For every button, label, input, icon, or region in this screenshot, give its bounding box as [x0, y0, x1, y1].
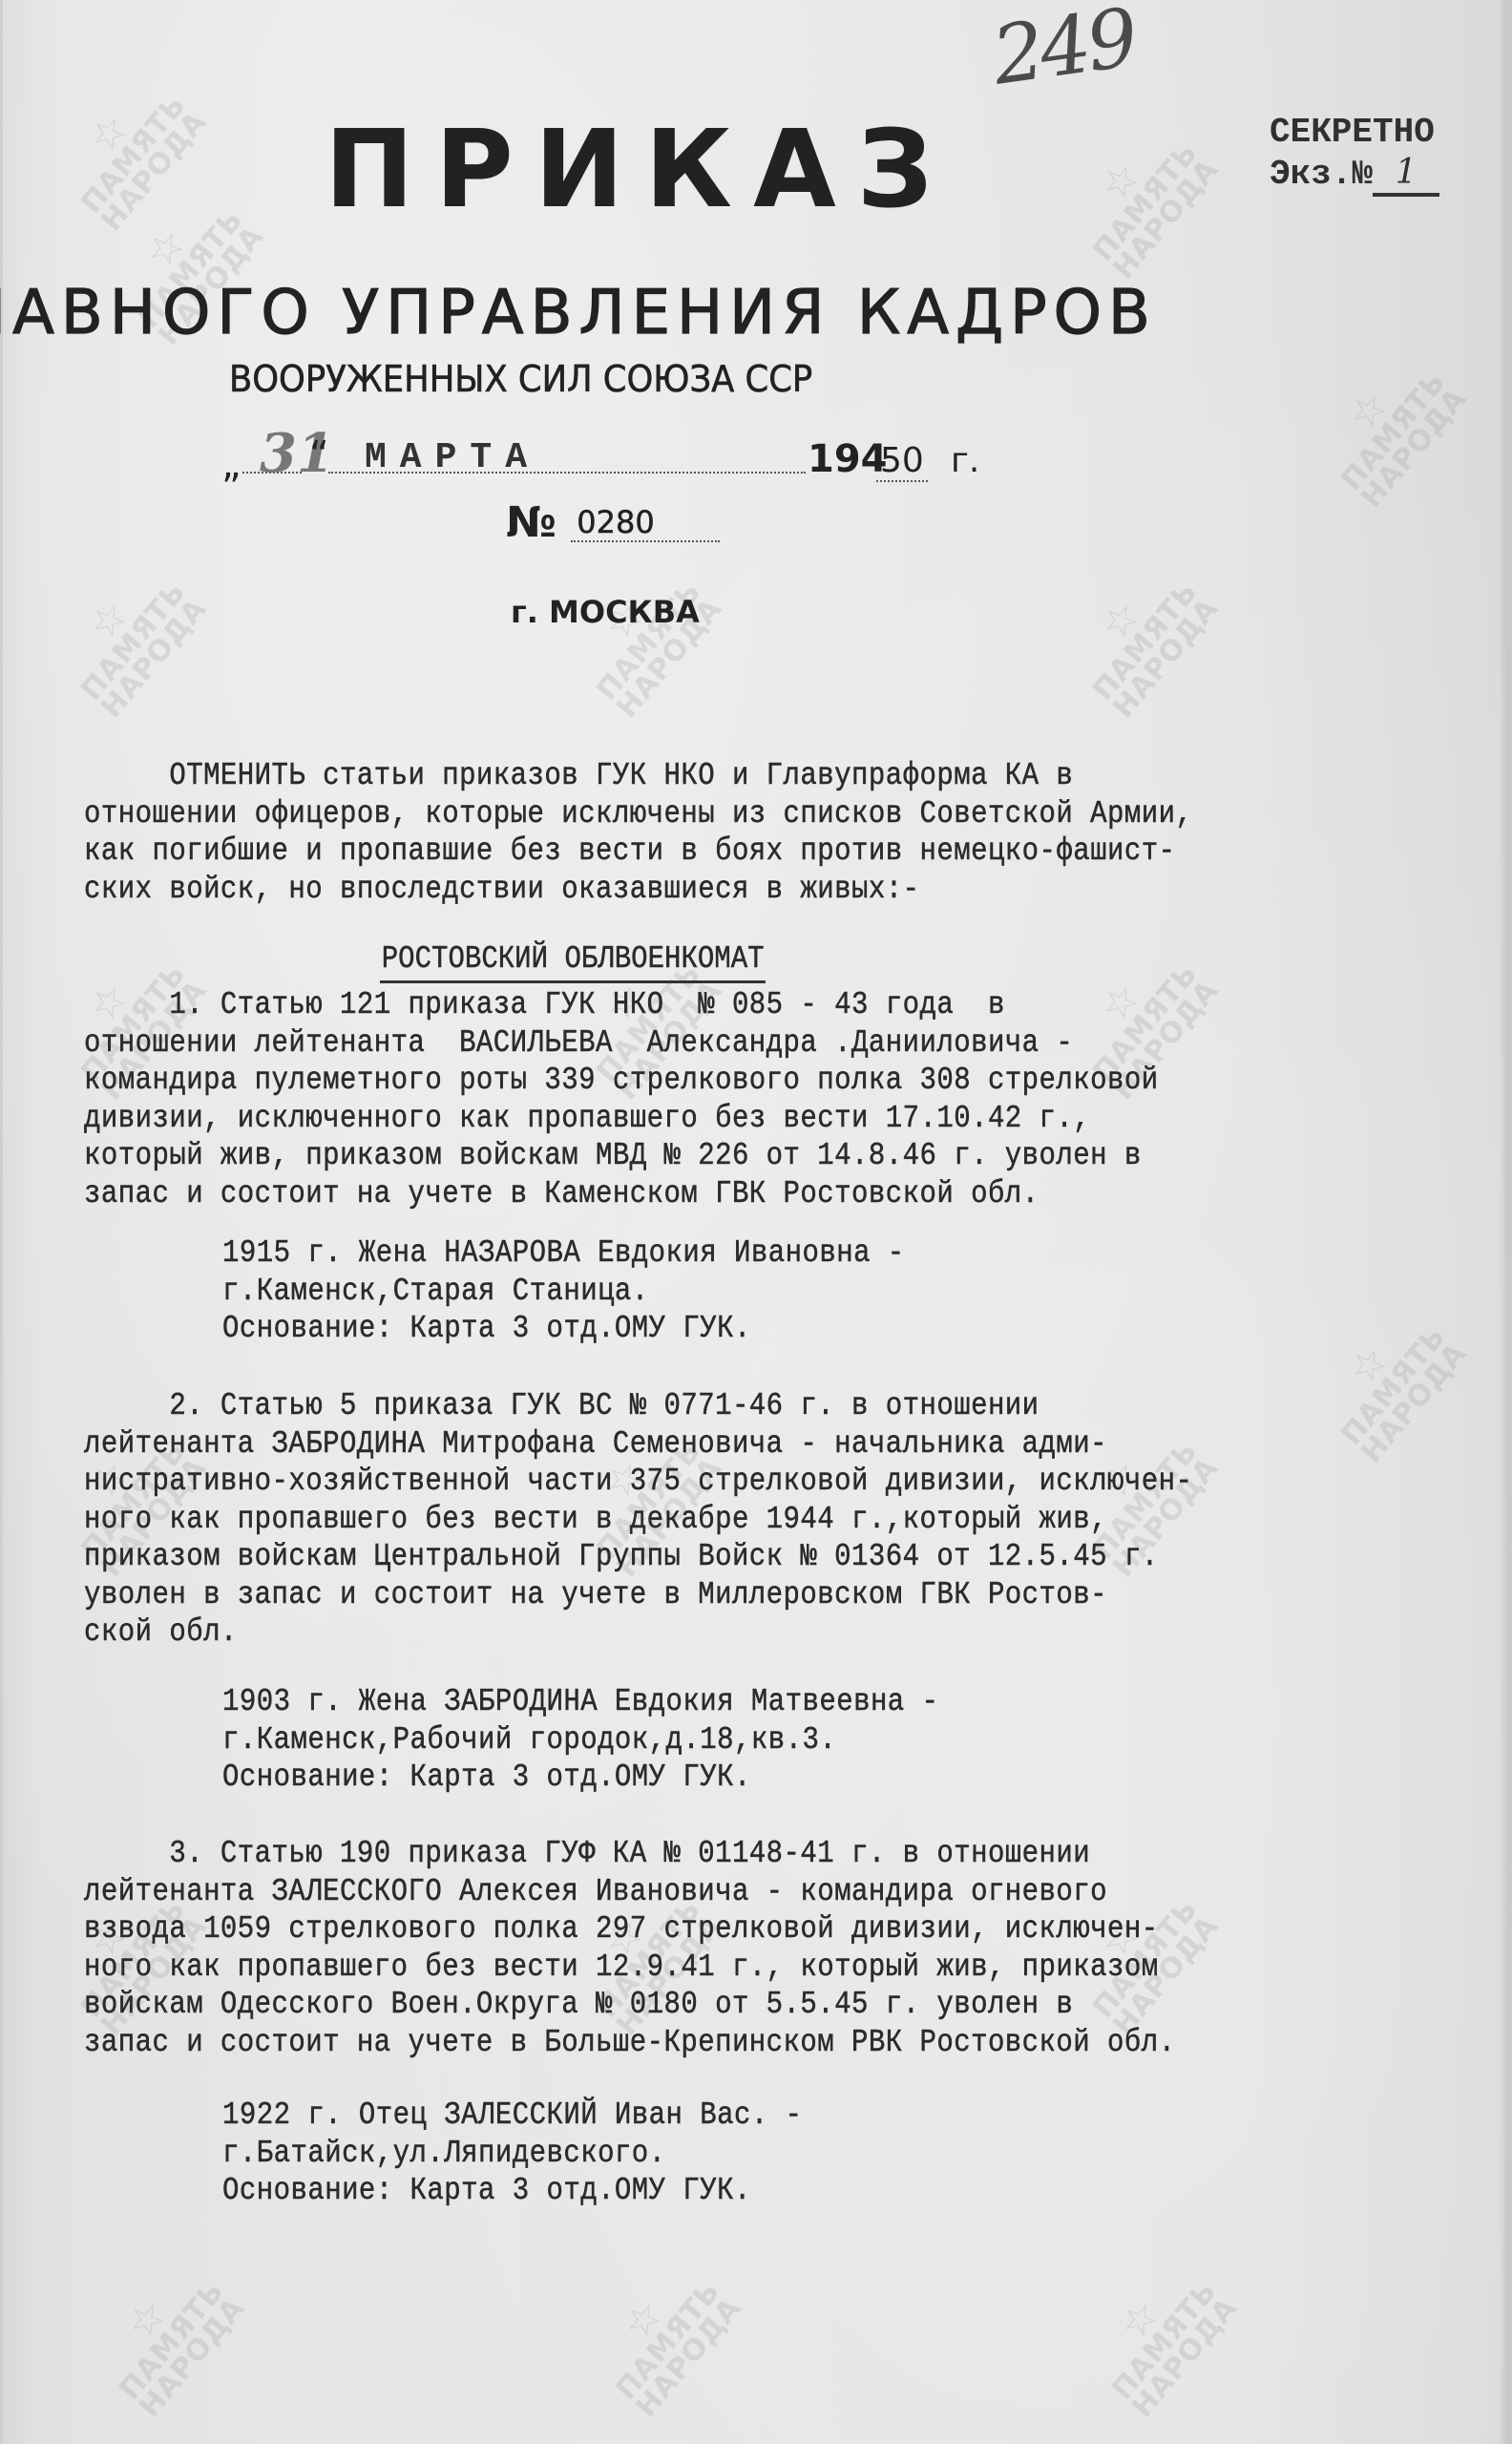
date-year-unit: г. [951, 441, 979, 480]
order-item-line: ного как пропавшего без вести 12.9.41 г.… [84, 1949, 1175, 1987]
relative-info-line: г.Батайск,ул.Ляпидевского. [222, 2135, 802, 2173]
order-item-line: ного как пропавшего без вести в декабре … [84, 1501, 1192, 1539]
order-item-line: лейтенанта ЗАБРОДИНА Митрофана Семенович… [84, 1425, 1192, 1464]
watermark-line-2: НАРОДА [1109, 156, 1223, 284]
star-icon: ☆ [1308, 343, 1430, 478]
star-icon: ☆ [1308, 1297, 1430, 1433]
order-item-line: 1. Статью 121 приказа ГУК НКО № 085 - 43… [84, 986, 1159, 1024]
watermark: ☆ПАМЯТЬНАРОДА [1308, 1297, 1471, 1467]
issuer-line-2: ВООРУЖЕННЫХ СИЛ СОЮЗА ССР [229, 358, 812, 400]
copy-number: 1 [1373, 153, 1439, 197]
watermark-line-1: ПАМЯТЬ [1337, 368, 1451, 495]
order-item-2-relative: 1903 г. Жена ЗАБРОДИНА Евдокия Матвеевна… [222, 1683, 938, 1797]
order-number-value: 0280 [571, 504, 720, 542]
star-icon: ☆ [48, 66, 170, 201]
relative-info-line: Основание: Карта 3 отд.ОМУ ГУК. [222, 2172, 802, 2210]
order-item-2: 2. Статью 5 приказа ГУК ВС № 0771-46 г. … [84, 1387, 1192, 1652]
watermark: ☆ПАМЯТЬНАРОДА [1060, 553, 1223, 723]
watermark: ☆ПАМЯТЬНАРОДА [1079, 2252, 1242, 2422]
issuer-line-1-text: ЛАВНОГО УПРАВЛЕНИЯ КАДРОВ [0, 278, 1157, 348]
watermark-line-1: ПАМЯТЬ [1108, 2277, 1222, 2405]
order-item-1: 1. Статью 121 приказа ГУК НКО № 085 - 43… [84, 986, 1159, 1212]
watermark: ☆ПАМЯТЬНАРОДА [582, 2252, 745, 2422]
handwritten-page-number: 249 [987, 0, 1141, 103]
order-number-label: № [506, 498, 556, 547]
date-line: „ 31 “ МАРТА 194 50 г. [221, 430, 1004, 487]
preamble-line: как погибшие и пропавшие без вести в боя… [84, 832, 1192, 871]
order-item-3: 3. Статью 190 приказа ГУФ КА № 01148-41 … [84, 1835, 1175, 2061]
watermark-line-1: ПАМЯТЬ [115, 2277, 229, 2405]
watermark-line-1: ПАМЯТЬ [77, 91, 191, 219]
order-item-line: уволен в запас и состоит на учете в Милл… [84, 1576, 1192, 1614]
order-item-1-relative: 1915 г. Жена НАЗАРОВА Евдокия Ивановна -… [222, 1234, 905, 1348]
order-item-line: приказом войскам Центральной Группы Войс… [84, 1538, 1192, 1576]
order-item-line: ской обл. [84, 1613, 1192, 1652]
order-item-line: командира пулеметного роты 339 стрелково… [84, 1062, 1159, 1100]
watermark-line-2: НАРОДА [1128, 2294, 1242, 2422]
section-heading: РОСТОВСКИЙ ОБЛВОЕНКОМАТ [380, 940, 766, 983]
star-icon: ☆ [48, 553, 170, 688]
star-icon: ☆ [1079, 2252, 1201, 2388]
date-year-suffix: 50 [876, 441, 928, 482]
watermark: ☆ПАМЯТЬНАРОДА [563, 553, 726, 723]
relative-info-line: Основание: Карта 3 отд.ОМУ ГУК. [222, 1759, 938, 1797]
relative-info-line: 1915 г. Жена НАЗАРОВА Евдокия Ивановна - [222, 1234, 905, 1273]
classification-label: СЕКРЕТНО [1270, 113, 1439, 153]
watermark: ☆ПАМЯТЬНАРОДА [1060, 114, 1223, 284]
star-icon: ☆ [86, 2252, 208, 2388]
page-edge-right [1506, 0, 1512, 2444]
order-item-line: запас и состоит на учете в Каменском ГВК… [84, 1175, 1159, 1213]
watermark: ☆ПАМЯТЬНАРОДА [48, 553, 211, 723]
watermark: ☆ПАМЯТЬНАРОДА [1308, 343, 1471, 513]
watermark-line-1: ПАМЯТЬ [612, 2277, 725, 2405]
date-year-prefix: 194 [808, 437, 888, 481]
relative-info-line: 1922 г. Отец ЗАЛЕССКИЙ Иван Вас. - [222, 2096, 802, 2135]
order-item-line: войскам Одесского Воен.Округа № 0180 от … [84, 1986, 1175, 2024]
star-icon: ☆ [1060, 114, 1182, 249]
preamble-line: ских войск, но впоследствии оказавшиеся … [84, 871, 1192, 909]
watermark-line-1: ПАМЯТЬ [1337, 1322, 1451, 1450]
watermark-line-2: НАРОДА [632, 2294, 745, 2422]
order-item-line: лейтенанта ЗАЛЕССКОГО Алексея Ивановича … [84, 1873, 1175, 1911]
watermark-line-2: НАРОДА [136, 2294, 249, 2422]
page-edge-left [0, 0, 3, 2444]
watermark: ☆ПАМЯТЬНАРОДА [86, 2252, 249, 2422]
watermark-line-2: НАРОДА [1357, 385, 1471, 513]
watermark-line-2: НАРОДА [1109, 595, 1223, 723]
date-month: МАРТА [365, 437, 540, 478]
classification-stamp: СЕКРЕТНО Экз.№1 [1270, 113, 1439, 197]
star-icon: ☆ [582, 2252, 704, 2388]
preamble-line: ОТМЕНИТЬ статьи приказов ГУК НКО и Главу… [84, 757, 1192, 795]
order-item-line: дивизии, исключенного как пропавшего без… [84, 1100, 1159, 1138]
watermark-line-1: ПАМЯТЬ [1089, 578, 1203, 706]
watermark-line-2: НАРОДА [1357, 1339, 1471, 1467]
watermark-line-2: НАРОДА [97, 108, 211, 236]
order-item-line: который жив, приказом войскам МВД № 226 … [84, 1137, 1159, 1175]
relative-info-line: Основание: Карта 3 отд.ОМУ ГУК. [222, 1310, 905, 1348]
relative-info-line: 1903 г. Жена ЗАБРОДИНА Евдокия Матвеевна… [222, 1683, 938, 1721]
order-item-line: 3. Статью 190 приказа ГУФ КА № 01148-41 … [84, 1835, 1175, 1873]
document-page: ☆ПАМЯТЬНАРОДА☆ПАМЯТЬНАРОДА☆ПАМЯТЬНАРОДА☆… [0, 0, 1512, 2444]
issue-city: г. МОСКВА [511, 594, 700, 630]
watermark-line-2: НАРОДА [97, 595, 211, 723]
order-item-3-relative: 1922 г. Отец ЗАЛЕССКИЙ Иван Вас. -г.Бата… [222, 2096, 802, 2210]
order-item-line: нистративно-хозяйственной части 375 стре… [84, 1463, 1192, 1501]
order-item-line: взвода 1059 стрелкового полка 297 стрелк… [84, 1910, 1175, 1949]
relative-info-line: г.Каменск,Старая Станица. [222, 1273, 905, 1311]
date-open-quote: „ [221, 443, 241, 487]
watermark-line-1: ПАМЯТЬ [77, 578, 191, 706]
date-close-quote: “ [309, 433, 329, 477]
order-item-line: запас и состоит на учете в Больше-Крепин… [84, 2024, 1175, 2062]
order-number: № 0280 [506, 498, 720, 547]
order-item-line: 2. Статью 5 приказа ГУК ВС № 0771-46 г. … [84, 1387, 1192, 1425]
watermark-line-1: ПАМЯТЬ [1089, 138, 1203, 266]
order-item-line: отношении лейтенанта ВАСИЛЬЕВА Александр… [84, 1024, 1159, 1063]
relative-info-line: г.Каменск,Рабочий городок,д.18,кв.3. [222, 1721, 938, 1759]
copy-number-line: Экз.№1 [1270, 153, 1439, 197]
watermark: ☆ПАМЯТЬНАРОДА [48, 66, 211, 236]
document-title: ПРИКАЗ [325, 113, 954, 227]
star-icon: ☆ [1060, 553, 1182, 688]
copy-label: Экз.№ [1270, 155, 1373, 194]
preamble-line: отношении офицеров, которые исключены из… [84, 795, 1192, 833]
preamble-text: ОТМЕНИТЬ статьи приказов ГУК НКО и Главу… [84, 757, 1192, 908]
issuer-line-1: ЛАВНОГО УПРАВЛЕНИЯ КАДРОВ [0, 277, 1157, 349]
